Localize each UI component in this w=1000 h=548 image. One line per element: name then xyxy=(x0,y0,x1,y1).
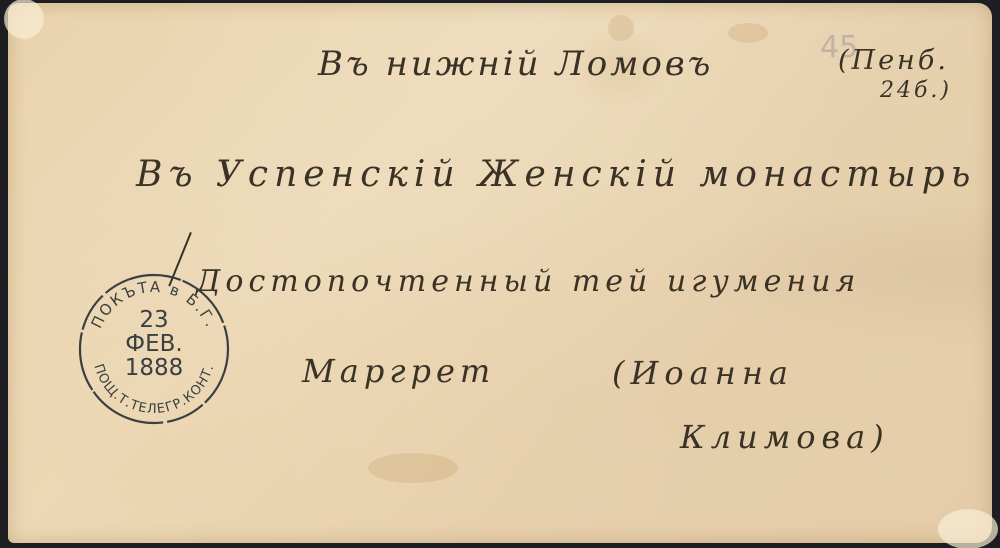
address-line-name: Маргрет xyxy=(302,352,495,390)
corner-wear-bottom-right xyxy=(938,509,998,548)
address-line-surname: Климова) xyxy=(680,418,890,456)
postmark-day: 23 xyxy=(75,308,233,332)
address-note-top: (Пенб. xyxy=(838,45,949,76)
stain-spot xyxy=(728,23,768,43)
postmark-month: ФЕВ. xyxy=(75,332,233,356)
postmark-date: 23 ФЕВ. 1888 xyxy=(75,308,233,380)
address-line-city: Въ нижнiй Ломовъ xyxy=(318,44,713,84)
postmark: ПОКЪТА в Б.Г. ПОЩ.Т.ТЕЛЕГР.КОНТ. 23 ФЕВ.… xyxy=(75,270,233,428)
stain-spot xyxy=(368,453,458,483)
address-line-name-alt: (Иоанна xyxy=(612,354,794,392)
address-line-recipient-title: Достопочтенный тей игумения xyxy=(196,264,860,299)
postmark-year: 1888 xyxy=(75,356,233,380)
corner-wear-top-left xyxy=(4,0,44,39)
stain-spot xyxy=(608,15,634,41)
address-line-monastery: Въ Успенскiй Женскiй монастырь xyxy=(136,154,976,195)
address-note-bottom: 24б.) xyxy=(880,78,952,103)
